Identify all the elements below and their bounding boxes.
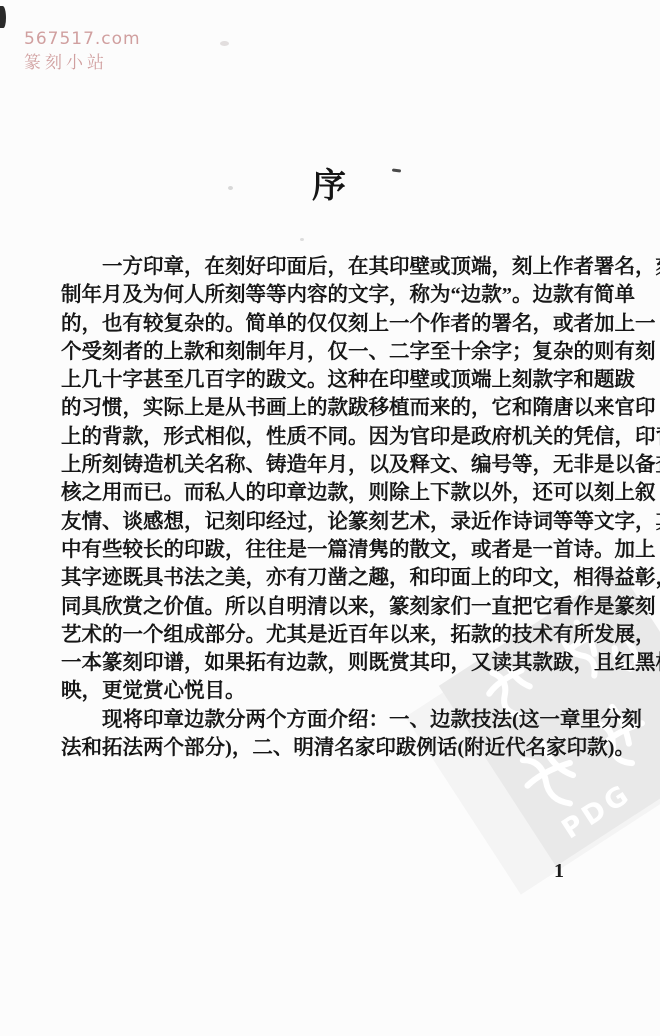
text-line: 法和拓法两个部分)，二、明清名家印跋例话(附近代名家印款)。 xyxy=(61,734,601,762)
scan-speck xyxy=(430,266,433,269)
page-number: 1 xyxy=(544,860,574,883)
text-line: 上所刻铸造机关名称、铸造年月，以及释文、编号等，无非是以备查 xyxy=(61,451,601,479)
text-line: 一方印章，在刻好印面后，在其印壁或顶端，刻上作者署名，刻 xyxy=(61,253,601,281)
text-line: 一本篆刻印谱，如果拓有边款，则既赏其印，又读其款跋，且红黑相 xyxy=(61,649,601,677)
site-watermark-url: 567517.com xyxy=(24,29,141,50)
site-watermark-name: 篆刻小站 xyxy=(24,53,141,74)
text-line: 核之用而已。而私人的印章边款，则除上下款以外，还可以刻上叙 xyxy=(61,479,601,507)
text-line: 现将印章边款分两个方面介绍：一、边款技法(这一章里分刻 xyxy=(61,706,601,734)
preface-body: 一方印章，在刻好印面后，在其印壁或顶端，刻上作者署名，刻 制年月及为何人所刻等等… xyxy=(61,253,601,762)
text-line: 个受刻者的上款和刻制年月，仅一、二字至十余字；复杂的则有刻 xyxy=(61,338,601,366)
scan-corner-artifact xyxy=(0,6,6,28)
page-title: 序 xyxy=(0,158,660,207)
site-watermark: 567517.com 篆刻小站 xyxy=(24,29,141,75)
text-line: 友情、谈感想，记刻印经过，论篆刻艺术，录近作诗词等等文字，其 xyxy=(61,508,601,536)
scan-speck xyxy=(220,41,229,46)
scan-speck xyxy=(300,238,304,241)
scanned-book-page: PDG 567517.com 篆刻小站 序 一方印章，在刻好印面后，在其印壁或顶… xyxy=(0,0,660,1036)
text-line: 中有些较长的印跋，往往是一篇清隽的散文，或者是一首诗。加上 xyxy=(61,536,601,564)
text-line: 其字迹既具书法之美，亦有刀凿之趣，和印面上的印文，相得益彰， xyxy=(61,564,601,592)
text-line: 上的背款，形式相似，性质不同。因为官印是政府机关的凭信，印背 xyxy=(61,423,601,451)
text-line: 的习惯，实际上是从书画上的款跋移植而来的，它和隋唐以来官印 xyxy=(61,394,601,422)
text-line: 同具欣赏之价值。所以自明清以来，篆刻家们一直把它看作是篆刻 xyxy=(61,593,601,621)
text-line: 的，也有较复杂的。简单的仅仅刻上一个作者的署名，或者加上一 xyxy=(61,310,601,338)
text-line: 制年月及为何人所刻等等内容的文字，称为“边款”。边款有简单 xyxy=(61,281,601,309)
text-line: 映，更觉赏心悦目。 xyxy=(61,677,601,705)
text-line: 艺术的一个组成部分。尤其是近百年以来，拓款的技术有所发展， xyxy=(61,621,601,649)
scan-speck xyxy=(228,186,233,190)
text-line: 上几十字甚至几百字的跋文。这种在印壁或顶端上刻款字和题跋 xyxy=(61,366,601,394)
